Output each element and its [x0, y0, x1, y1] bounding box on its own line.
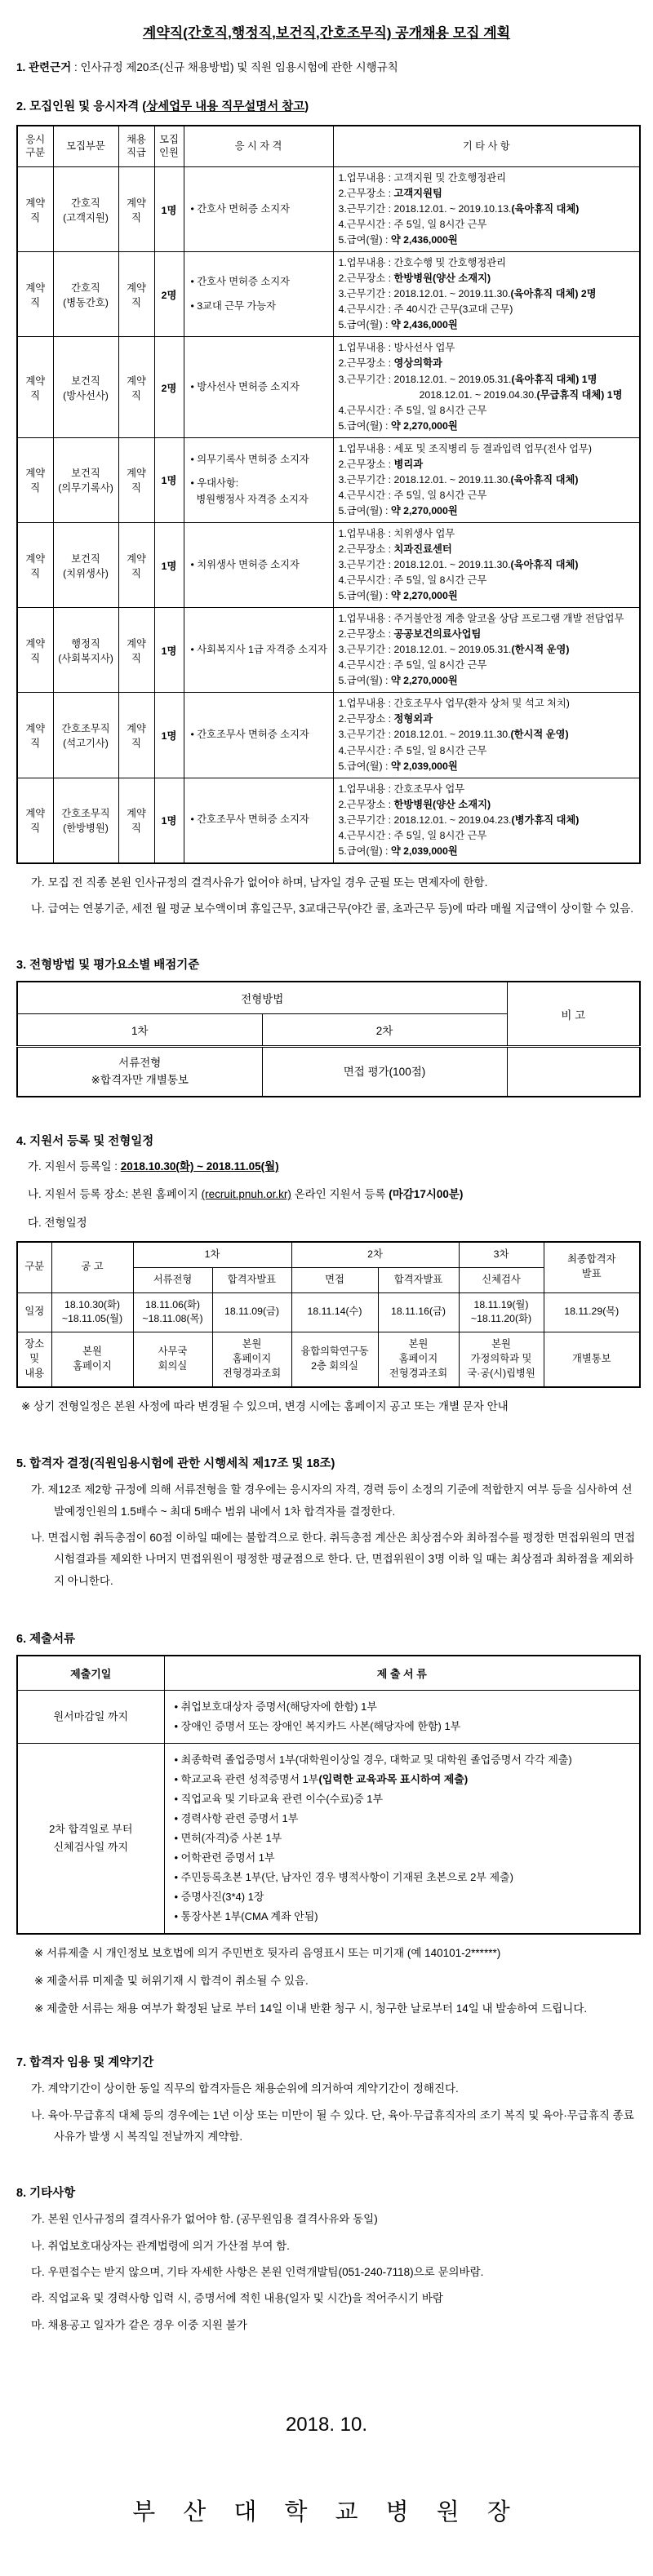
cell-category: 계약직: [17, 693, 53, 778]
schedule-table: 구분 공 고 1차 2차 3차 최종합격자 발표 서류전형 합격자발표 면접 합…: [16, 1241, 641, 1388]
table-row-nursing-ward: 계약직 간호직 (병동간호) 계약직 2명 • 간호사 면허증 소지자• 3교대…: [17, 252, 640, 337]
cell-dept: 간호조무직 (한방병원): [53, 778, 118, 863]
section-5-heading: 5. 합격자 결정(직원임용시험에 관한 시행세칙 제17조 및 18조): [16, 1454, 637, 1471]
cell-place: 개별통보: [544, 1332, 640, 1387]
col-header-qualifications: 응 시 자 격: [184, 126, 333, 167]
cell-dept: 간호직 (병동간호): [53, 252, 118, 337]
subheader-document-screening: 서류전형: [133, 1267, 212, 1292]
cell-place: 본원 홈페이지 전형경과조회: [378, 1332, 459, 1387]
cell-qualifications: • 사회복지사 1급 자격증 소지자: [184, 608, 333, 693]
schedule-header-row1: 구분 공 고 1차 2차 3차 최종합격자 발표: [17, 1242, 640, 1267]
s4-item-registration-date: 가. 지원서 등록일 : 2018.10.30(화) ~ 2018.11.05(…: [28, 1157, 637, 1177]
cell-grade: 계약직: [118, 693, 154, 778]
col-group-label: 구분: [17, 1242, 51, 1292]
section-2-heading: 2. 모집인원 및 응시자격 (상세업무 내용 직무설명서 참고): [16, 99, 637, 117]
table-row-health-dental-hygienist: 계약직 보건직 (치위생사) 계약직 1명 • 치위생사 면허증 소지자 1.업…: [17, 522, 640, 607]
s8-item-ra: 라. 직업교육 및 경력사항 입력 시, 증명서에 적힌 내용(일자 및 시간)…: [16, 2288, 637, 2309]
cell-grade: 계약직: [118, 608, 154, 693]
section-4-heading: 4. 지원서 등록 및 전형일정: [16, 1132, 637, 1149]
cell-details: 1.업무내용 : 세포 및 조직병리 등 결과입력 업무(전사 업무)2.근무장…: [333, 437, 640, 522]
cell-date: 18.11.06(화) ~18.11.08(목): [133, 1292, 212, 1332]
recruit-note-na: 나. 급여는 연봉기준, 세전 월 평균 보수액이며 휴일근무, 3교대근무(야…: [16, 898, 637, 920]
submit-note-privacy: ※ 서류제출 시 개인정보 보호법에 의거 주민번호 뒷자리 음영표시 또는 미…: [20, 1943, 637, 1964]
cell-details: 1.업무내용 : 주거불안정 계층 알코올 상담 프로그램 개발 전담업무2.근…: [333, 608, 640, 693]
subheader-interview: 면접: [291, 1267, 378, 1292]
cell-date: 18.10.30(화) ~18.11.05(월): [51, 1292, 133, 1332]
cell-count: 1명: [154, 608, 184, 693]
subheader-pass-announcement1: 합격자발표: [212, 1267, 291, 1292]
s5-item-ga: 가. 제12조 제2항 규정에 의해 서류전형을 할 경우에는 응시자의 자격,…: [16, 1479, 637, 1523]
table-row-health-radiology: 계약직 보건직 (방사선사) 계약직 2명 • 방사선사 면허증 소지자 1.업…: [17, 337, 640, 437]
s8-item-da: 다. 우편접수는 받지 않으며, 기타 자세한 사항은 본원 인력개발팀(051…: [16, 2262, 637, 2283]
cell-documents: • 취업보호대상자 증명서(해당자에 한함) 1부• 장애인 증명서 또는 장애…: [164, 1690, 640, 1743]
cell-qualifications: • 간호사 면허증 소지자• 3교대 근무 가능자: [184, 252, 333, 337]
round1-label: 1차: [133, 1242, 291, 1267]
col-header-documents: 제 출 서 류: [164, 1656, 640, 1691]
round2-content: 면접 평가(100점): [262, 1047, 507, 1097]
round3-label: 3차: [459, 1242, 544, 1267]
table-row-nursing-assistant-korean-medicine: 계약직 간호조무직 (한방병원) 계약직 1명 • 간호조무사 면허증 소지자 …: [17, 778, 640, 863]
cell-date: 18.11.19(월) ~18.11.20(화): [459, 1292, 544, 1332]
cell-place: 본원 홈페이지: [51, 1332, 133, 1387]
notice-label: 공 고: [51, 1242, 133, 1292]
round1-label: 1차: [17, 1014, 262, 1047]
recruit-note-ga: 가. 모집 전 직종 본원 인사규정의 결격사유가 없어야 하며, 남자일 경우…: [16, 872, 637, 893]
method-label: 전형방법: [17, 982, 507, 1014]
selection-method-table: 전형방법 비 고 1차 2차 서류전형 ※합격자만 개별통보 면접 평가(100…: [16, 981, 641, 1097]
cell-qualifications: • 치위생사 면허증 소지자: [184, 522, 333, 607]
cell-category: 계약직: [17, 166, 53, 251]
cell-grade: 계약직: [118, 252, 154, 337]
cell-category: 계약직: [17, 522, 53, 607]
submit-header-row: 제출기일 제 출 서 류: [17, 1656, 640, 1691]
submit-note-cancellation: ※ 제출서류 미제출 및 허위기재 시 합격이 취소될 수 있음.: [20, 1971, 637, 1992]
table-row-health-medical-records: 계약직 보건직 (의무기록사) 계약직 1명 • 의무기록사 면허증 소지자• …: [17, 437, 640, 522]
cell-grade: 계약직: [118, 522, 154, 607]
col-header-dept: 모집부문: [53, 126, 118, 167]
cell-count: 1명: [154, 522, 184, 607]
schedule-place-row: 장소 및 내용 본원 홈페이지 사무국 회의실 본원 홈페이지 전형경과조회 융…: [17, 1332, 640, 1387]
col-header-grade: 채용 직급: [118, 126, 154, 167]
cell-grade: 계약직: [118, 337, 154, 437]
cell-grade: 계약직: [118, 437, 154, 522]
cell-qualifications: • 간호조무사 면허증 소지자: [184, 778, 333, 863]
s4-item-schedule-label: 다. 전형일정: [28, 1213, 637, 1233]
cell-count: 1명: [154, 778, 184, 863]
s7-item-na: 나. 육아·무급휴직 대체 등의 경우에는 1년 이상 또는 미만이 될 수 있…: [16, 2105, 637, 2148]
recruit-table: 응시 구분 모집부문 채용 직급 모집 인원 응 시 자 격 기 타 사 항 계…: [16, 125, 641, 864]
cell-details: 1.업무내용 : 방사선사 업무2.근무장소 : 영상의학과3.근무기간 : 2…: [333, 337, 640, 437]
cell-details: 1.업무내용 : 고객지원 및 간호행정관리2.근무장소 : 고객지원팀3.근무…: [333, 166, 640, 251]
cell-count: 1명: [154, 437, 184, 522]
row-label: 장소 및 내용: [17, 1332, 51, 1387]
remark-label: 비 고: [507, 982, 640, 1047]
schedule-note: ※ 상기 전형일정은 본원 사정에 따라 변경될 수 있으며, 변경 시에는 홈…: [16, 1396, 637, 1417]
cell-qualifications: • 방사선사 면허증 소지자: [184, 337, 333, 437]
cell-details: 1.업무내용 : 간호조무사 업무(환자 상처 및 석고 처치)2.근무장소 :…: [333, 693, 640, 778]
cell-period: 원서마감일 까지: [17, 1690, 164, 1743]
section-6-heading: 6. 제출서류: [16, 1629, 637, 1647]
cell-details: 1.업무내용 : 간호수행 및 간호행정관리2.근무장소 : 한방병원(양산 소…: [333, 252, 640, 337]
cell-count: 2명: [154, 337, 184, 437]
s4-item-registration-place: 나. 지원서 등록 장소: 본원 홈페이지 (recruit.pnuh.or.k…: [28, 1185, 637, 1204]
cell-dept: 간호조무직 (석고기사): [53, 693, 118, 778]
s5-item-na: 나. 면접시험 취득총점이 60점 이하일 때에는 불합격으로 한다. 취득총점…: [16, 1527, 637, 1592]
cell-place: 본원 홈페이지 전형경과조회: [212, 1332, 291, 1387]
cell-documents: • 최종학력 졸업증명서 1부(대학원이상일 경우, 대학교 및 대학원 졸업증…: [164, 1743, 640, 1934]
submit-row-physical-exam-deadline: 2차 합격일로 부터 신체검사일 까지 • 최종학력 졸업증명서 1부(대학원이…: [17, 1743, 640, 1934]
col-header-deadline: 제출기일: [17, 1656, 164, 1691]
document-issuer: 부 산 대 학 교 병 원 장: [16, 2494, 637, 2527]
section-8-heading: 8. 기타사항: [16, 2184, 637, 2201]
section-1-related-basis: 1. 관련근거 : 인사규정 제20조(신규 채용방법) 및 직원 임용시험에 …: [16, 58, 637, 74]
recruit-table-header-row: 응시 구분 모집부문 채용 직급 모집 인원 응 시 자 격 기 타 사 항: [17, 126, 640, 167]
col-header-count: 모집 인원: [154, 126, 184, 167]
submit-note-return: ※ 제출한 서류는 채용 여부가 확정된 날로 부터 14일 이내 반환 청구 …: [20, 1998, 637, 2020]
table-row-nursing-assistant-cast: 계약직 간호조무직 (석고기사) 계약직 1명 • 간호조무사 면허증 소지자 …: [17, 693, 640, 778]
cell-dept: 간호직 (고객지원): [53, 166, 118, 251]
remark-content: [507, 1047, 640, 1097]
table-row-nursing-customer: 계약직 간호직 (고객지원) 계약직 1명 • 간호사 면허증 소지자 1.업무…: [17, 166, 640, 251]
cell-count: 1명: [154, 693, 184, 778]
schedule-date-row: 일정 18.10.30(화) ~18.11.05(월) 18.11.06(화) …: [17, 1292, 640, 1332]
cell-dept: 보건직 (의무기록사): [53, 437, 118, 522]
cell-category: 계약직: [17, 778, 53, 863]
table-row-admin-social-worker: 계약직 행정직 (사회복지사) 계약직 1명 • 사회복지사 1급 자격증 소지…: [17, 608, 640, 693]
cell-category: 계약직: [17, 437, 53, 522]
round2-label: 2차: [262, 1014, 507, 1047]
round2-label: 2차: [291, 1242, 459, 1267]
cell-category: 계약직: [17, 252, 53, 337]
cell-period: 2차 합격일로 부터 신체검사일 까지: [17, 1743, 164, 1934]
cell-category: 계약직: [17, 337, 53, 437]
s8-item-na: 나. 취업보호대상자는 관계법령에 의거 가산점 부여 함.: [16, 2236, 637, 2257]
cell-details: 1.업무내용 : 간호조무사 업무2.근무장소 : 한방병원(양산 소재지)3.…: [333, 778, 640, 863]
cell-qualifications: • 간호조무사 면허증 소지자: [184, 693, 333, 778]
round1-content: 서류전형 ※합격자만 개별통보: [17, 1047, 262, 1097]
s7-item-ga: 가. 계약기간이 상이한 동일 직무의 합격자들은 채용순위에 의거하여 계약기…: [16, 2078, 637, 2099]
cell-date: 18.11.29(목): [544, 1292, 640, 1332]
s8-item-ga: 가. 본원 인사규정의 결격사유가 없어야 함. (공무원임용 결격사유와 동일…: [16, 2209, 637, 2230]
cell-count: 2명: [154, 252, 184, 337]
cell-place: 본원 가정의학과 및 국·공(시)립병원: [459, 1332, 544, 1387]
cell-place: 융합의학연구동 2층 회의실: [291, 1332, 378, 1387]
cell-category: 계약직: [17, 608, 53, 693]
cell-dept: 행정직 (사회복지사): [53, 608, 118, 693]
cell-dept: 보건직 (치위생사): [53, 522, 118, 607]
section-3-heading: 3. 전형방법 및 평가요소별 배점기준: [16, 955, 637, 973]
subheader-physical-exam: 신체검사: [459, 1267, 544, 1292]
cell-count: 1명: [154, 166, 184, 251]
col-header-exam-type: 응시 구분: [17, 126, 53, 167]
method-content-row: 서류전형 ※합격자만 개별통보 면접 평가(100점): [17, 1047, 640, 1097]
cell-date: 18.11.09(금): [212, 1292, 291, 1332]
section-7-heading: 7. 합격자 임용 및 계약기간: [16, 2053, 637, 2070]
submit-row-application-deadline: 원서마감일 까지 • 취업보호대상자 증명서(해당자에 한함) 1부• 장애인 …: [17, 1690, 640, 1743]
method-header-row: 전형방법 비 고: [17, 982, 640, 1014]
cell-place: 사무국 회의실: [133, 1332, 212, 1387]
cell-dept: 보건직 (방사선사): [53, 337, 118, 437]
cell-qualifications: • 간호사 면허증 소지자: [184, 166, 333, 251]
cell-date: 18.11.16(금): [378, 1292, 459, 1332]
cell-date: 18.11.14(수): [291, 1292, 378, 1332]
cell-grade: 계약직: [118, 166, 154, 251]
submit-documents-table: 제출기일 제 출 서 류 원서마감일 까지 • 취업보호대상자 증명서(해당자에…: [16, 1655, 641, 1935]
final-pass-label: 최종합격자 발표: [544, 1242, 640, 1292]
row-label: 일정: [17, 1292, 51, 1332]
col-header-other: 기 타 사 항: [333, 126, 640, 167]
cell-qualifications: • 의무기록사 면허증 소지자• 우대사항: 병원행정사 자격증 소지자: [184, 437, 333, 522]
cell-details: 1.업무내용 : 치위생사 업무2.근무장소 : 치과진료센터3.근무기간 : …: [333, 522, 640, 607]
document-page: 계약직(간호직,행정직,보건직,간호조무직) 공개채용 모집 계획 1. 관련근…: [0, 0, 653, 2576]
s8-item-ma: 마. 채용공고 일자가 같은 경우 이중 지원 불가: [16, 2315, 637, 2336]
doc-title: 계약직(간호직,행정직,보건직,간호조무직) 공개채용 모집 계획: [16, 21, 637, 42]
document-date: 2018. 10.: [16, 2414, 637, 2436]
cell-grade: 계약직: [118, 778, 154, 863]
subheader-pass-announcement2: 합격자발표: [378, 1267, 459, 1292]
